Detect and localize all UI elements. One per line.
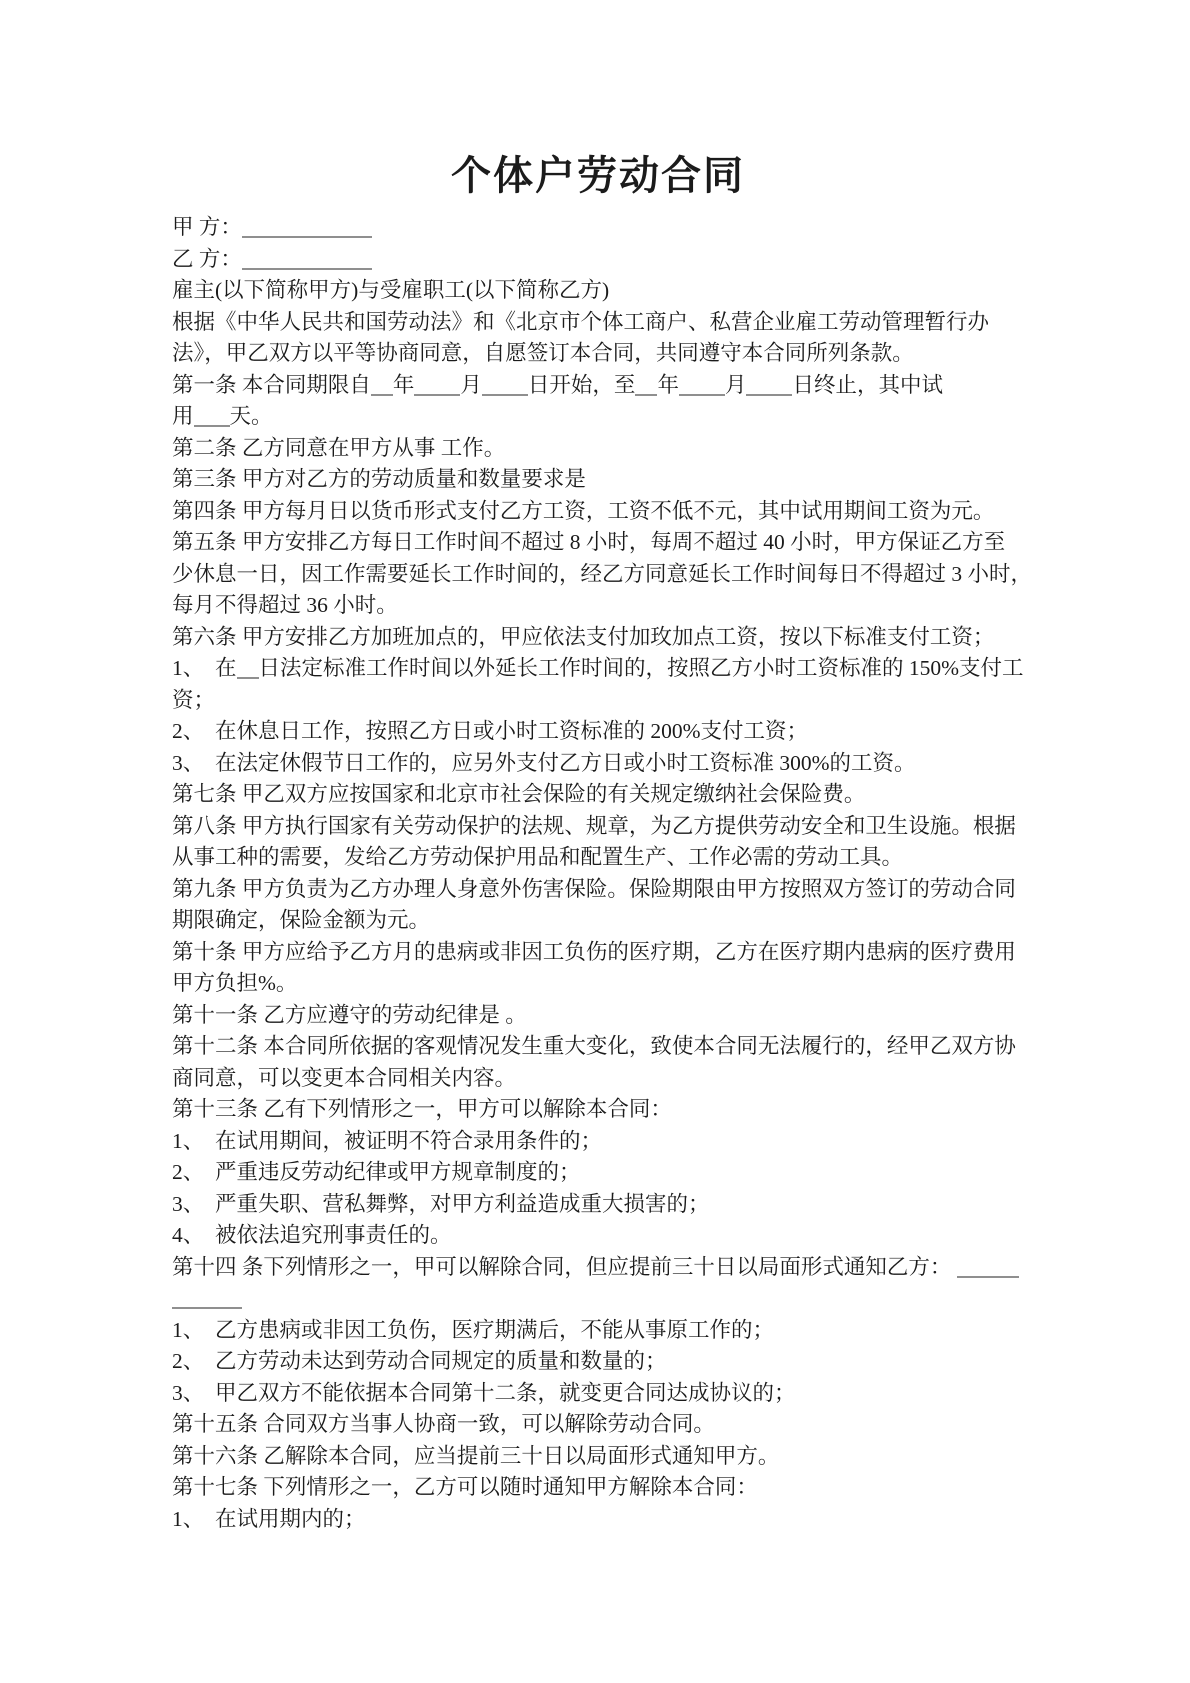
text-line: 每月不得超过 36 小时。: [172, 590, 1024, 622]
text-run: 第十二条 本合同所依据的客观情况发生重大变化，致使本合同无法履行的，经甲乙双方协: [172, 1034, 1016, 1058]
text-run: 用: [172, 404, 194, 428]
text-line: 第六条 甲方安排乙方加班加点的，甲应依法支付加玫加点工资，按以下标准支付工资；: [172, 622, 1024, 654]
text-run: 第八条 甲方执行国家有关劳动保护的法规、规章，为乙方提供劳动安全和卫生设施。根据: [172, 814, 1016, 838]
text-line: 第十七条 下列情形之一，乙方可以随时通知甲方解除本合同：: [172, 1472, 1024, 1504]
text-line: 资；: [172, 685, 1024, 717]
text-run: 2、 在休息日工作，按照乙方日或小时工资标准的 200%支付工资；: [172, 719, 808, 743]
text-run: 商同意，可以变更本合同相关内容。: [172, 1066, 516, 1090]
text-line: 第三条 甲方对乙方的劳动质量和数量要求是: [172, 464, 1024, 496]
text-line: 2、 在休息日工作，按照乙方日或小时工资标准的 200%支付工资；: [172, 716, 1024, 748]
page-title: 个体户劳动合同: [172, 144, 1024, 201]
text-run: 月: [460, 373, 482, 397]
text-run: 第十条 甲方应给予乙方月的患病或非因工负伤的医疗期，乙方在医疗期内患病的医疗费用: [172, 940, 1016, 964]
text-run: 天。: [230, 404, 273, 428]
text-line: 4、 被依法追究刑事责任的。: [172, 1220, 1024, 1252]
text-run: 第二条 乙方同意在甲方从事 工作。: [172, 436, 505, 460]
text-run: 第七条 甲乙双方应按国家和北京市社会保险的有关规定缴纳社会保险费。: [172, 782, 865, 806]
blank-underline: [237, 663, 259, 679]
text-line: 少休息一日，因工作需要延长工作时间的，经乙方同意延长工作时间每日不得超过 3 小…: [172, 559, 1024, 591]
text-line: 2、 严重违反劳动纪律或甲方规章制度的；: [172, 1157, 1024, 1189]
text-run: 乙 方：: [172, 247, 242, 271]
text-run: 第一条 本合同期限自: [172, 373, 371, 397]
text-line: 用天。: [172, 401, 1024, 433]
text-run: 2、 乙方劳动未达到劳动合同规定的质量和数量的；: [172, 1349, 667, 1373]
blank-underline: [635, 380, 657, 396]
text-run: 第三条 甲方对乙方的劳动质量和数量要求是: [172, 467, 586, 491]
text-run: 法》，甲乙双方以平等协商同意，自愿签订本合同，共同遵守本合同所列条款。: [172, 341, 914, 365]
blank-underline: [414, 380, 460, 396]
text-run: 每月不得超过 36 小时。: [172, 593, 398, 617]
text-run: 第十三条 乙有下列情形之一，甲方可以解除本合同：: [172, 1097, 672, 1121]
text-run: 第四条 甲方每月日以货币形式支付乙方工资，工资不低不元，其中试用期间工资为元。: [172, 499, 994, 523]
text-run: 1、 在: [172, 656, 237, 680]
text-run: 第十五条 合同双方当事人协商一致，可以解除劳动合同。: [172, 1412, 715, 1436]
text-line: 第九条 甲方负责为乙方办理人身意外伤害保险。保险期限由甲方按照双方签订的劳动合同: [172, 874, 1024, 906]
text-line: 甲 方：: [172, 212, 1024, 244]
text-line: 第十六条 乙解除本合同，应当提前三十日以局面形式通知甲方。: [172, 1441, 1024, 1473]
text-run: 第十六条 乙解除本合同，应当提前三十日以局面形式通知甲方。: [172, 1444, 779, 1468]
blank-underline: [242, 254, 372, 270]
text-line: 乙 方：: [172, 244, 1024, 276]
text-line: 2、 乙方劳动未达到劳动合同规定的质量和数量的；: [172, 1346, 1024, 1378]
text-line: 1、 在日法定标准工作时间以外延长工作时间的，按照乙方小时工资标准的 150%支…: [172, 653, 1024, 685]
blank-underline: [172, 1293, 242, 1309]
text-run: 第十四 条下列情形之一，甲可以解除合同，但应提前三十日以局面形式通知乙方：: [172, 1255, 957, 1279]
text-run: 第十七条 下列情形之一，乙方可以随时通知甲方解除本合同：: [172, 1475, 758, 1499]
text-run: 1、 乙方患病或非因工负伤，医疗期满后，不能从事原工作的；: [172, 1318, 774, 1342]
text-run: 资；: [172, 688, 215, 712]
text-run: 甲 方：: [172, 215, 242, 239]
text-line: 3、 甲乙双方不能依据本合同第十二条，就变更合同达成协议的；: [172, 1378, 1024, 1410]
text-line: 第十五条 合同双方当事人协商一致，可以解除劳动合同。: [172, 1409, 1024, 1441]
text-line: 第二条 乙方同意在甲方从事 工作。: [172, 433, 1024, 465]
text-line: 根据《中华人民共和国劳动法》和《北京市个体工商户、私营企业雇工劳动管理暂行办: [172, 307, 1024, 339]
text-line: 甲方负担%。: [172, 968, 1024, 1000]
text-run: 从事工种的需要，发给乙方劳动保护用品和配置生产、工作必需的劳动工具。: [172, 845, 903, 869]
text-run: 第十一条 乙方应遵守的劳动纪律是 。: [172, 1003, 527, 1027]
text-line: 第四条 甲方每月日以货币形式支付乙方工资，工资不低不元，其中试用期间工资为元。: [172, 496, 1024, 528]
text-run: 1、 在试用期间，被证明不符合录用条件的；: [172, 1129, 602, 1153]
blank-underline: [482, 380, 528, 396]
text-run: 1、 在试用期内的；: [172, 1507, 366, 1531]
text-line: 第八条 甲方执行国家有关劳动保护的法规、规章，为乙方提供劳动安全和卫生设施。根据: [172, 811, 1024, 843]
text-line: 第十四 条下列情形之一，甲可以解除合同，但应提前三十日以局面形式通知乙方：: [172, 1252, 1024, 1284]
text-run: 3、 在法定休假节日工作的，应另外支付乙方日或小时工资标准 300%的工资。: [172, 751, 916, 775]
blank-underline: [194, 411, 230, 427]
text-run: 少休息一日，因工作需要延长工作时间的，经乙方同意延长工作时间每日不得超过 3 小…: [172, 562, 1032, 586]
text-line: 1、 在试用期间，被证明不符合录用条件的；: [172, 1126, 1024, 1158]
text-run: 期限确定，保险金额为元。: [172, 908, 430, 932]
document-body: 甲 方：乙 方：雇主(以下简称甲方)与受雇职工(以下简称乙方)根据《中华人民共和…: [172, 212, 1024, 1535]
text-line: 1、 乙方患病或非因工负伤，医疗期满后，不能从事原工作的；: [172, 1315, 1024, 1347]
text-run: 3、 甲乙双方不能依据本合同第十二条，就变更合同达成协议的；: [172, 1381, 796, 1405]
blank-underline: [746, 380, 792, 396]
contract-page: 个体户劳动合同 甲 方：乙 方：雇主(以下简称甲方)与受雇职工(以下简称乙方)根…: [0, 0, 1190, 1683]
text-line: 第七条 甲乙双方应按国家和北京市社会保险的有关规定缴纳社会保险费。: [172, 779, 1024, 811]
text-run: 日终止，其中试: [792, 373, 943, 397]
text-run: 第五条 甲方安排乙方每日工作时间不超过 8 小时，每周不超过 40 小时，甲方保…: [172, 530, 1005, 554]
text-run: 雇主(以下简称甲方)与受雇职工(以下简称乙方): [172, 278, 609, 302]
text-line: 第十三条 乙有下列情形之一，甲方可以解除本合同：: [172, 1094, 1024, 1126]
text-line: 法》，甲乙双方以平等协商同意，自愿签订本合同，共同遵守本合同所列条款。: [172, 338, 1024, 370]
text-run: 年: [393, 373, 415, 397]
text-line: 期限确定，保险金额为元。: [172, 905, 1024, 937]
text-line: 第一条 本合同期限自年月日开始，至年月日终止，其中试: [172, 370, 1024, 402]
text-run: 根据《中华人民共和国劳动法》和《北京市个体工商户、私营企业雇工劳动管理暂行办: [172, 310, 989, 334]
text-line: 商同意，可以变更本合同相关内容。: [172, 1063, 1024, 1095]
blank-underline: [242, 222, 372, 238]
text-run: 日法定标准工作时间以外延长工作时间的，按照乙方小时工资标准的 150%支付工: [259, 656, 1024, 680]
text-run: 4、 被依法追究刑事责任的。: [172, 1223, 452, 1247]
text-line: 从事工种的需要，发给乙方劳动保护用品和配置生产、工作必需的劳动工具。: [172, 842, 1024, 874]
text-line: [172, 1283, 1024, 1315]
text-run: 年: [657, 373, 679, 397]
text-line: 第十二条 本合同所依据的客观情况发生重大变化，致使本合同无法履行的，经甲乙双方协: [172, 1031, 1024, 1063]
text-run: 3、 严重失职、营私舞弊，对甲方利益造成重大损害的；: [172, 1192, 710, 1216]
text-line: 第十一条 乙方应遵守的劳动纪律是 。: [172, 1000, 1024, 1032]
text-line: 雇主(以下简称甲方)与受雇职工(以下简称乙方): [172, 275, 1024, 307]
blank-underline: [957, 1262, 1019, 1278]
text-line: 3、 严重失职、营私舞弊，对甲方利益造成重大损害的；: [172, 1189, 1024, 1221]
blank-underline: [371, 380, 393, 396]
text-run: 日开始，至: [528, 373, 636, 397]
text-line: 第五条 甲方安排乙方每日工作时间不超过 8 小时，每周不超过 40 小时，甲方保…: [172, 527, 1024, 559]
text-run: 2、 严重违反劳动纪律或甲方规章制度的；: [172, 1160, 581, 1184]
text-line: 第十条 甲方应给予乙方月的患病或非因工负伤的医疗期，乙方在医疗期内患病的医疗费用: [172, 937, 1024, 969]
text-line: 1、 在试用期内的；: [172, 1504, 1024, 1536]
text-run: 第六条 甲方安排乙方加班加点的，甲应依法支付加玫加点工资，按以下标准支付工资；: [172, 625, 994, 649]
text-run: 甲方负担%。: [172, 971, 297, 995]
text-run: 月: [725, 373, 747, 397]
text-run: 第九条 甲方负责为乙方办理人身意外伤害保险。保险期限由甲方按照双方签订的劳动合同: [172, 877, 1016, 901]
text-line: 3、 在法定休假节日工作的，应另外支付乙方日或小时工资标准 300%的工资。: [172, 748, 1024, 780]
blank-underline: [679, 380, 725, 396]
